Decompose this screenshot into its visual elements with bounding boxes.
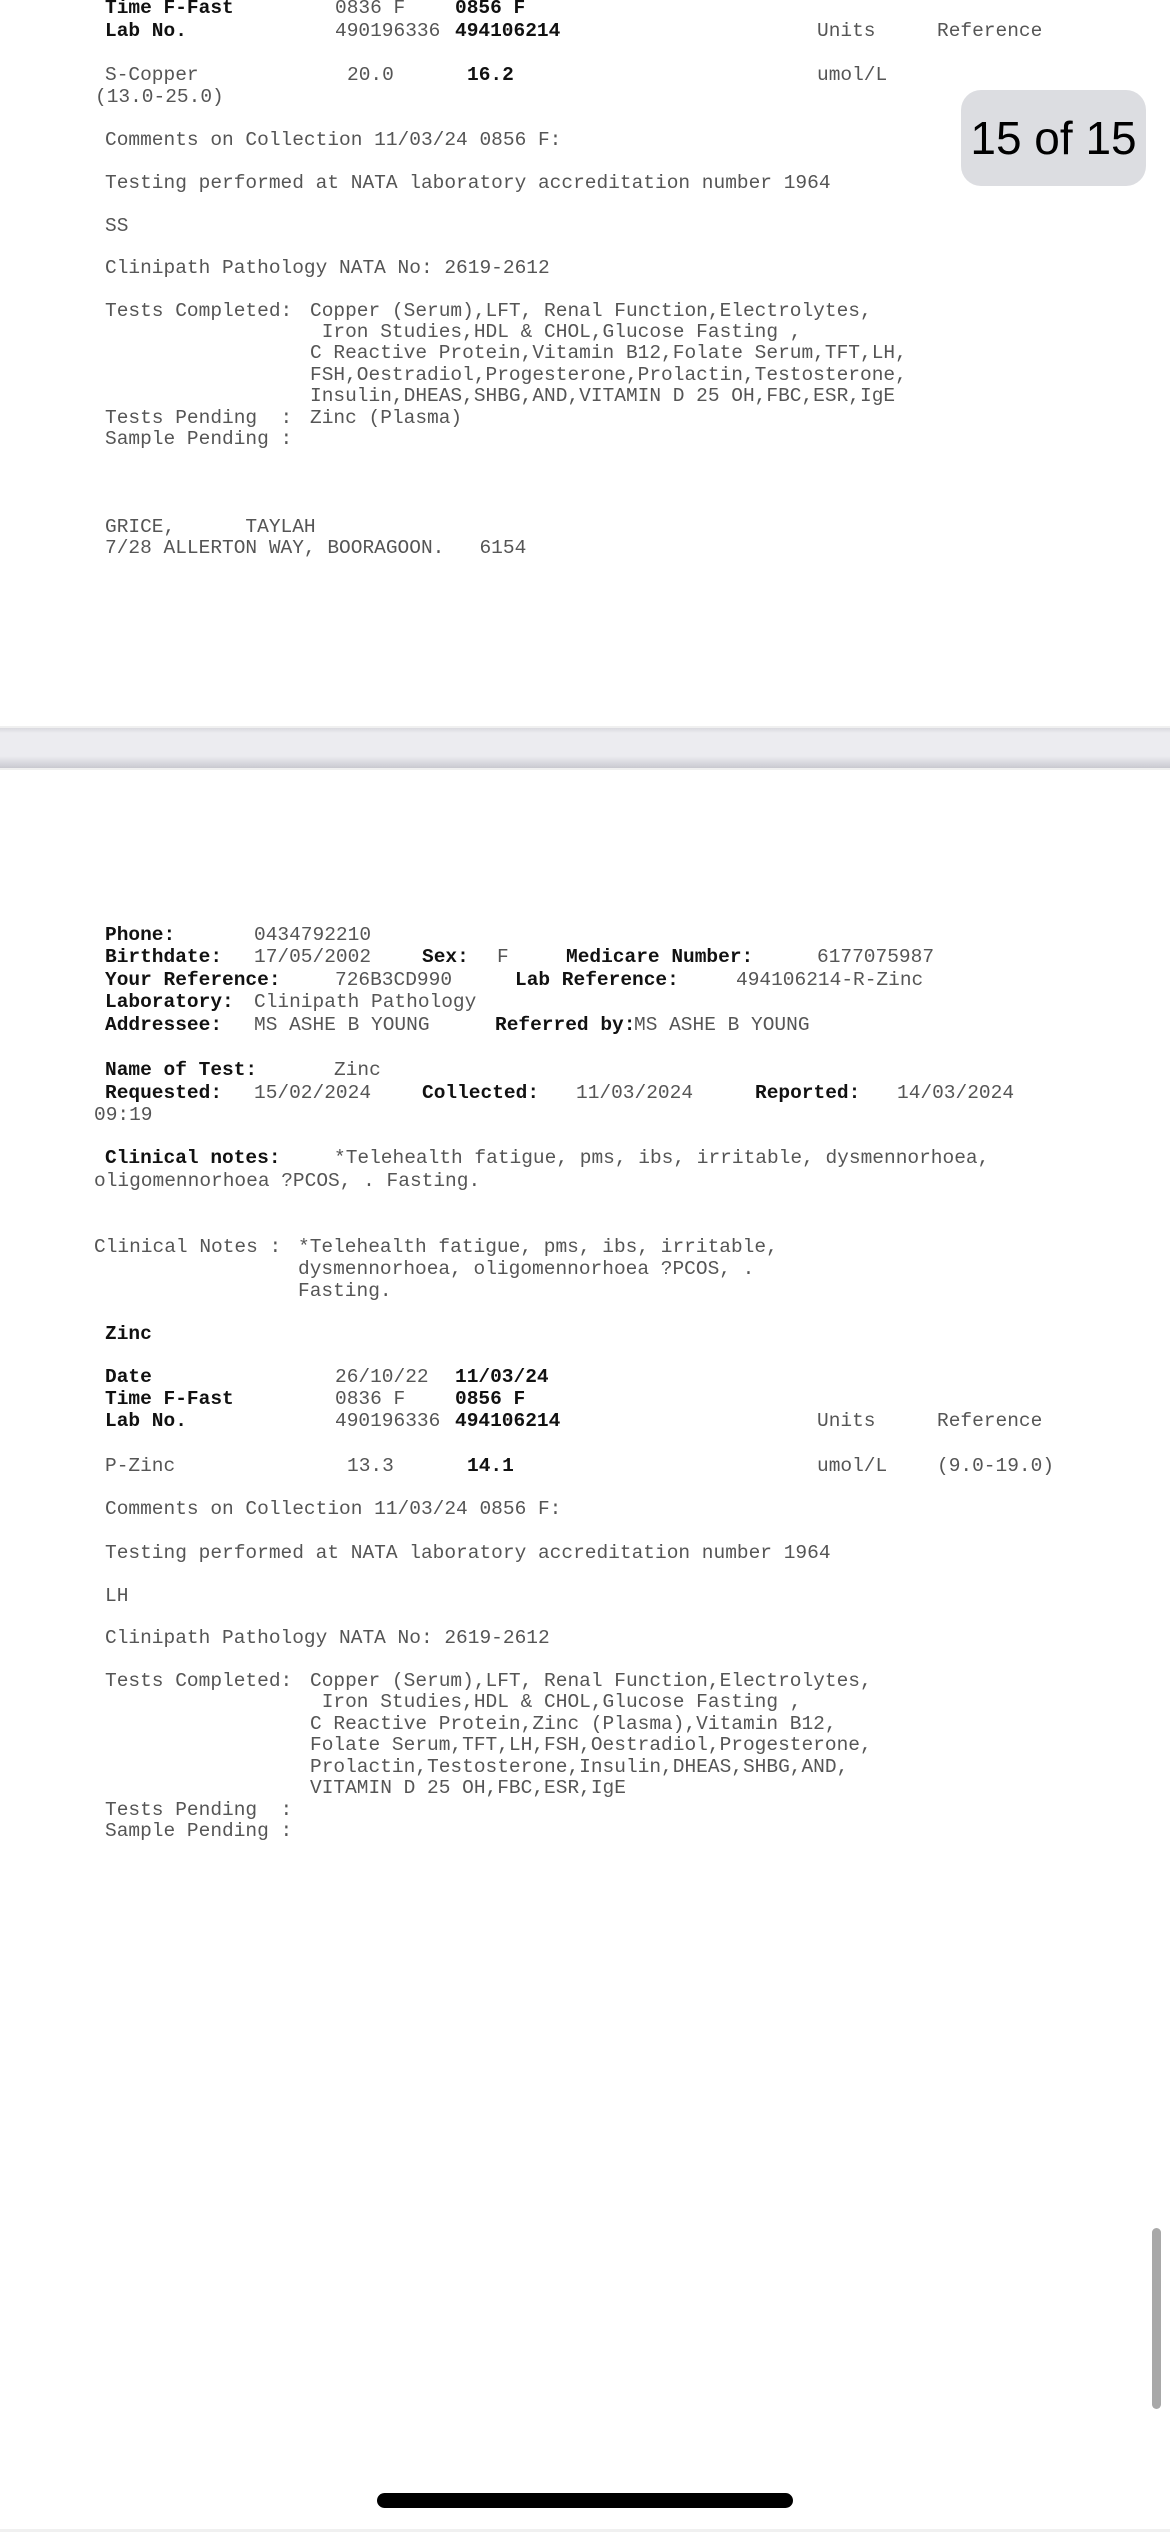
reference-header: Reference bbox=[937, 1410, 1042, 1432]
tests-completed-line: C Reactive Protein,Zinc (Plasma),Vitamin… bbox=[310, 1713, 837, 1735]
reported-value: 14/03/2024 bbox=[897, 1082, 1014, 1104]
clinical-notes-2-line: Fasting. bbox=[298, 1280, 392, 1302]
time-fast-prev: 0836 F bbox=[335, 0, 405, 19]
tests-pending-label: Tests Pending : bbox=[105, 1799, 292, 1821]
tests-completed-line: Folate Serum,TFT,LH,FSH,Oestradiol,Proge… bbox=[310, 1734, 872, 1756]
testing-performed: Testing performed at NATA laboratory acc… bbox=[105, 172, 831, 194]
laboratory-label: Laboratory: bbox=[105, 991, 234, 1013]
result-curr: 14.1 bbox=[467, 1455, 514, 1477]
lab-no-label: Lab No. bbox=[105, 20, 187, 42]
date-label: Date bbox=[105, 1366, 152, 1388]
collected-value: 11/03/2024 bbox=[576, 1082, 693, 1104]
section-title: Zinc bbox=[105, 1323, 152, 1345]
result-prev: 20.0 bbox=[347, 64, 394, 86]
reported-label: Reported: bbox=[755, 1082, 860, 1104]
tests-completed-line: C Reactive Protein,Vitamin B12,Folate Se… bbox=[310, 342, 907, 364]
tests-completed-label: Tests Completed: bbox=[105, 1670, 292, 1692]
medicare-value: 6177075987 bbox=[817, 946, 934, 968]
tests-completed-line: Iron Studies,HDL & CHOL,Glucose Fasting … bbox=[310, 1691, 801, 1713]
your-reference-label: Your Reference: bbox=[105, 969, 281, 991]
date-curr: 11/03/24 bbox=[455, 1366, 549, 1388]
referred-by-value: MS ASHE B YOUNG bbox=[634, 1014, 810, 1036]
patient-address: 7/28 ALLERTON WAY, BOORAGOON. 6154 bbox=[105, 537, 526, 559]
vertical-scrollbar[interactable] bbox=[1152, 2228, 1161, 2409]
time-fast-label: Time F-Fast bbox=[105, 0, 234, 19]
comments-on-collection: Comments on Collection 11/03/24 0856 F: bbox=[105, 1498, 561, 1520]
addressee-label: Addressee: bbox=[105, 1014, 222, 1036]
result-units: umol/L bbox=[817, 64, 887, 86]
lab-reference-label: Lab Reference: bbox=[515, 969, 679, 991]
tests-completed-line: Copper (Serum),LFT, Renal Function,Elect… bbox=[310, 300, 872, 322]
sample-pending-label: Sample Pending : bbox=[105, 428, 292, 450]
medicare-label: Medicare Number: bbox=[566, 946, 753, 968]
time-fast-curr: 0856 F bbox=[455, 1388, 525, 1410]
initials: SS bbox=[105, 215, 128, 237]
result-prev: 13.3 bbox=[347, 1455, 394, 1477]
lab-no-curr: 494106214 bbox=[455, 20, 560, 42]
nata-number: Clinipath Pathology NATA No: 2619-2612 bbox=[105, 1627, 550, 1649]
tests-completed-line: Copper (Serum),LFT, Renal Function,Elect… bbox=[310, 1670, 872, 1692]
clinical-notes-2-line: *Telehealth fatigue, pms, ibs, irritable… bbox=[298, 1236, 778, 1258]
time-fast-prev: 0836 F bbox=[335, 1388, 405, 1410]
units-header: Units bbox=[817, 1410, 876, 1432]
sample-pending-label: Sample Pending : bbox=[105, 1820, 292, 1842]
clinical-notes-2-line: dysmennorhoea, oligomennorhoea ?PCOS, . bbox=[298, 1258, 754, 1280]
tests-pending-label: Tests Pending : bbox=[105, 407, 292, 429]
testing-performed: Testing performed at NATA laboratory acc… bbox=[105, 1542, 831, 1564]
home-indicator[interactable] bbox=[377, 2493, 793, 2508]
name-of-test-value: Zinc bbox=[334, 1059, 381, 1081]
addressee-value: MS ASHE B YOUNG bbox=[254, 1014, 430, 1036]
birthdate-label: Birthdate: bbox=[105, 946, 222, 968]
tests-completed-line: Insulin,DHEAS,SHBG,AND,VITAMIN D 25 OH,F… bbox=[310, 385, 895, 407]
lab-no-curr: 494106214 bbox=[455, 1410, 560, 1432]
lab-no-label: Lab No. bbox=[105, 1410, 187, 1432]
reference-header: Reference bbox=[937, 20, 1042, 42]
result-reference: (13.0-25.0) bbox=[95, 86, 224, 108]
tests-completed-line: FSH,Oestradiol,Progesterone,Prolactin,Te… bbox=[310, 364, 907, 386]
clinical-notes-line: oligomennorhoea ?PCOS, . Fasting. bbox=[94, 1170, 480, 1192]
phone-value: 0434792210 bbox=[254, 924, 371, 946]
tests-pending-value: Zinc (Plasma) bbox=[310, 407, 462, 429]
patient-name: GRICE, TAYLAH bbox=[105, 516, 316, 538]
date-prev: 26/10/22 bbox=[335, 1366, 429, 1388]
sex-value: F bbox=[497, 946, 509, 968]
page-indicator: 15 of 15 bbox=[961, 90, 1146, 186]
tests-completed-label: Tests Completed: bbox=[105, 300, 292, 322]
phone-label: Phone: bbox=[105, 924, 175, 946]
clinical-notes-2-label: Clinical Notes : bbox=[94, 1236, 281, 1258]
result-name: P-Zinc bbox=[105, 1455, 175, 1477]
lab-no-prev: 490196336 bbox=[335, 20, 440, 42]
name-of-test-label: Name of Test: bbox=[105, 1059, 257, 1081]
clinical-notes-label: Clinical notes: bbox=[105, 1147, 281, 1169]
result-units: umol/L bbox=[817, 1455, 887, 1477]
units-header: Units bbox=[817, 20, 876, 42]
tests-completed-line: Iron Studies,HDL & CHOL,Glucose Fasting … bbox=[310, 321, 801, 343]
tests-completed-line: VITAMIN D 25 OH,FBC,ESR,IgE bbox=[310, 1777, 626, 1799]
lab-reference-value: 494106214-R-Zinc bbox=[736, 969, 923, 991]
result-reference: (9.0-19.0) bbox=[937, 1455, 1054, 1477]
result-name: S-Copper bbox=[105, 64, 199, 86]
requested-label: Requested: bbox=[105, 1082, 222, 1104]
collected-label: Collected: bbox=[422, 1082, 539, 1104]
page-separator bbox=[0, 726, 1170, 770]
sex-label: Sex: bbox=[422, 946, 469, 968]
nata-number: Clinipath Pathology NATA No: 2619-2612 bbox=[105, 257, 550, 279]
initials: LH bbox=[105, 1585, 128, 1607]
comments-on-collection: Comments on Collection 11/03/24 0856 F: bbox=[105, 129, 561, 151]
reported-time: 09:19 bbox=[94, 1104, 153, 1126]
result-curr: 16.2 bbox=[467, 64, 514, 86]
requested-value: 15/02/2024 bbox=[254, 1082, 371, 1104]
time-fast-curr: 0856 F bbox=[455, 0, 525, 19]
your-reference-value: 726B3CD990 bbox=[335, 969, 452, 991]
laboratory-value: Clinipath Pathology bbox=[254, 991, 476, 1013]
tests-completed-line: Prolactin,Testosterone,Insulin,DHEAS,SHB… bbox=[310, 1756, 848, 1778]
clinical-notes-line: *Telehealth fatigue, pms, ibs, irritable… bbox=[334, 1147, 989, 1169]
time-fast-label: Time F-Fast bbox=[105, 1388, 234, 1410]
referred-by-label: Referred by: bbox=[495, 1014, 635, 1036]
birthdate-value: 17/05/2002 bbox=[254, 946, 371, 968]
lab-no-prev: 490196336 bbox=[335, 1410, 440, 1432]
